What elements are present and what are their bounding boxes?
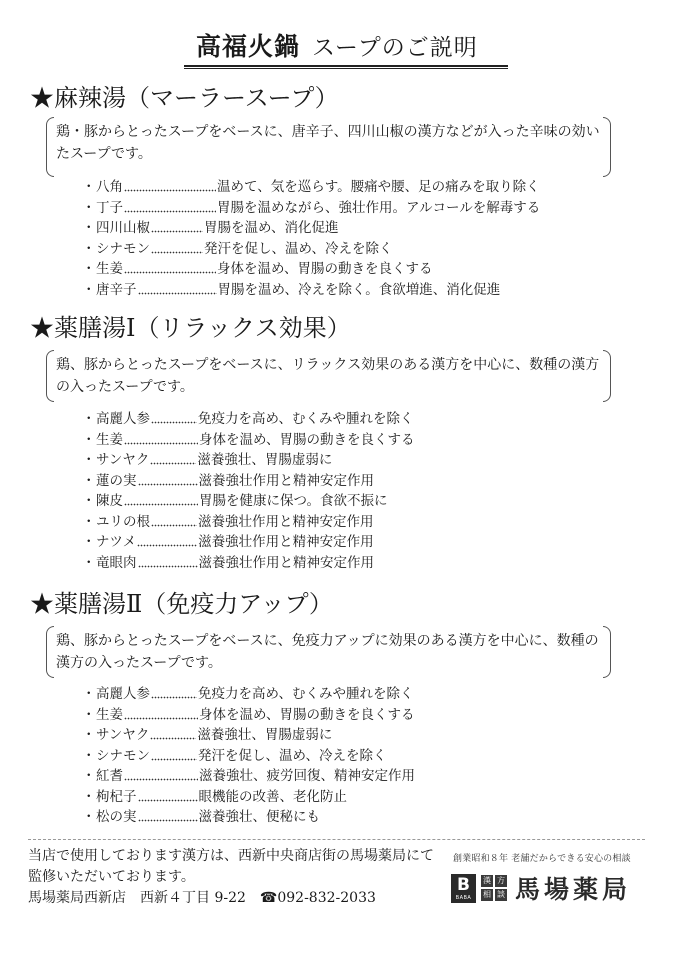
ingredient-effect: 滋養強壮、便秘にも [199,807,321,828]
list-item: ・紅耆滋養強壮、疲労回復、精神安定作用 [82,766,415,787]
ingredient-effect: 発汗を促し、温め、冷えを除く [198,746,386,767]
ingredient-name: サンヤク [96,450,149,471]
store-address: 西新４丁目 9-22 [140,890,246,906]
list-item: ・八角温めて、気を巡らす。腰痛や腰、足の痛みを取り除く [82,177,540,198]
dot-leader [151,746,197,767]
ingredient-effect: 免疫力を高め、むくみや腫れを除く [198,684,413,705]
ingredient-name: 紅耆 [96,766,123,787]
dot-leader [138,280,217,301]
ingredient-effect: 滋養強壮、疲労回復、精神安定作用 [199,766,415,787]
ingredient-effect: 身体を温め、胃腸の動きを良くする [199,430,414,451]
ingredient-effect: 免疫力を高め、むくみや腫れを除く [198,409,413,430]
kampo-soudan-badge: 漢 方 相 談 [481,875,507,901]
footer-divider [28,839,645,840]
ingredient-name: 唐辛子 [96,280,137,301]
ingredient-list-yakuzen-2: ・高麗人参免疫力を高め、むくみや腫れを除く ・生姜身体を温め、胃腸の動きを良くす… [82,684,415,828]
dot-leader [151,239,203,260]
dot-leader [150,725,196,746]
section-description-yakuzen-2: 鶏、豚からとったスープをベースに、免疫力アップに効果のある漢方を中心に、数種の漢… [46,626,611,678]
ingredient-effect: 眼機能の改善、老化防止 [199,787,348,808]
list-item: ・生姜身体を温め、胃腸の動きを良くする [82,705,415,726]
dot-leader [138,807,198,828]
dot-leader [124,705,198,726]
list-item: ・蓮の実滋養強壮作用と精神安定作用 [82,471,414,492]
dot-leader [137,532,197,553]
list-item: ・陳皮胃腸を健康に保つ。食欲不振に [82,491,414,512]
dot-leader [138,553,198,574]
title-subtitle: スープのご説明 [312,35,478,61]
ingredient-effect: 温めて、気を巡らす。腰痛や腰、足の痛みを取り除く [217,177,540,198]
bracket-right [603,117,611,177]
ingredient-effect: 身体を温め、胃腸の動きを良くする [199,705,414,726]
ingredient-effect: 滋養強壮、胃腸虚弱に [197,450,332,471]
list-item: ・松の実滋養強壮、便秘にも [82,807,415,828]
dot-leader [151,218,203,239]
dot-leader [151,512,197,533]
logo-tagline: 創業昭和８年 老舗だからできる安心の相談 [453,851,661,864]
section-description-mala: 鶏・豚からとったスープをベースに、唐辛子、四川山椒の漢方などが入った辛味の効いた… [46,117,611,177]
footer-note: 当店で使用しております漢方は、西新中央商店街の馬場薬局にて 監修いただいておりま… [28,846,434,909]
ingredient-name: 生姜 [96,259,123,280]
ingredient-name: 竜眼肉 [96,553,137,574]
section-heading-yakuzen-2: ★薬膳湯Ⅱ（免疫力アップ） [30,590,333,618]
list-item: ・枸杞子眼機能の改善、老化防止 [82,787,415,808]
ingredient-effect: 滋養強壮、胃腸虚弱に [197,725,332,746]
description-text: 鶏、豚からとったスープをベースに、リラックス効果のある漢方を中心に、数種の漢方の… [56,357,599,395]
dot-leader [151,684,197,705]
dot-leader [150,450,196,471]
ingredient-list-yakuzen-1: ・高麗人参免疫力を高め、むくみや腫れを除く ・生姜身体を温め、胃腸の動きを良くす… [82,409,414,573]
ingredient-name: 蓮の実 [96,471,137,492]
bracket-right [603,350,611,402]
page-title: 高福火鍋スープのご説明 [196,33,506,61]
bracket-left [46,626,54,678]
dot-leader [124,259,216,280]
ingredient-name: 八角 [96,177,123,198]
ingredient-effect: 滋養強壮作用と精神安定作用 [199,553,375,574]
list-item: ・四川山椒胃腸を温め、消化促進 [82,218,540,239]
section-heading-yakuzen-1: ★薬膳湯Ⅰ（リラックス効果） [30,314,351,342]
ingredient-name: 陳皮 [96,491,123,512]
dot-leader [138,471,198,492]
ingredient-name: シナモン [96,746,150,767]
bracket-right [603,626,611,678]
dot-leader [138,787,198,808]
dot-leader [124,177,216,198]
ingredient-name: サンヤク [96,725,149,746]
list-item: ・シナモン発汗を促し、温め、冷えを除く [82,239,540,260]
ingredient-name: 松の実 [96,807,137,828]
list-item: ・シナモン発汗を促し、温め、冷えを除く [82,746,415,767]
ingredient-effect: 滋養強壮作用と精神安定作用 [198,532,374,553]
list-item: ・ユリの根滋養強壮作用と精神安定作用 [82,512,414,533]
ingredient-name: シナモン [96,239,150,260]
description-text: 鶏、豚からとったスープをベースに、免疫力アップに効果のある漢方を中心に、数種の漢… [56,633,599,671]
bracket-left [46,117,54,177]
list-item: ・丁子胃腸を温めながら、強壮作用。アルコールを解毒する [82,198,540,219]
ingredient-effect: 滋養強壮作用と精神安定作用 [198,512,374,533]
section-heading-mala: ★麻辣湯（マーラースープ） [30,84,339,112]
ingredient-name: ユリの根 [96,512,150,533]
title-brand: 高福火鍋 [196,32,300,61]
list-item: ・竜眼肉滋養強壮作用と精神安定作用 [82,553,414,574]
dot-leader [124,430,198,451]
baba-mark-icon: B BABA [451,874,476,903]
list-item: ・ナツメ滋養強壮作用と精神安定作用 [82,532,414,553]
ingredient-name: ナツメ [96,532,136,553]
ingredient-effect: 滋養強壮作用と精神安定作用 [199,471,375,492]
section-description-yakuzen-1: 鶏、豚からとったスープをベースに、リラックス効果のある漢方を中心に、数種の漢方の… [46,350,611,402]
list-item: ・生姜身体を温め、胃腸の動きを良くする [82,259,540,280]
dot-leader [124,491,198,512]
ingredient-effect: 胃腸を温め、冷えを除く。食欲増進、消化促進 [218,280,501,301]
ingredient-list-mala: ・八角温めて、気を巡らす。腰痛や腰、足の痛みを取り除く ・丁子胃腸を温めながら、… [82,177,540,300]
title-double-underline [184,65,508,69]
list-item: ・サンヤク滋養強壮、胃腸虚弱に [82,725,415,746]
ingredient-effect: 胃腸を温め、消化促進 [204,218,338,239]
list-item: ・唐辛子胃腸を温め、冷えを除く。食欲増進、消化促進 [82,280,540,301]
list-item: ・高麗人参免疫力を高め、むくみや腫れを除く [82,684,415,705]
dot-leader [124,766,198,787]
dot-leader [124,198,216,219]
ingredient-name: 高麗人参 [96,409,150,430]
pharmacy-logo: 創業昭和８年 老舗だからできる安心の相談 B BABA 漢 方 相 談 馬場薬局 [451,851,661,911]
ingredient-effect: 発汗を促し、温め、冷えを除く [204,239,392,260]
ingredient-effect: 身体を温め、胃腸の動きを良くする [217,259,432,280]
list-item: ・生姜身体を温め、胃腸の動きを良くする [82,430,414,451]
ingredient-effect: 胃腸を健康に保つ。食欲不振に [199,491,387,512]
dot-leader [151,409,197,430]
list-item: ・高麗人参免疫力を高め、むくみや腫れを除く [82,409,414,430]
ingredient-name: 生姜 [96,430,123,451]
ingredient-name: 高麗人参 [96,684,150,705]
description-text: 鶏・豚からとったスープをベースに、唐辛子、四川山椒の漢方などが入った辛味の効いた… [56,124,600,162]
ingredient-name: 四川山椒 [96,218,150,239]
footer-line-1: 当店で使用しております漢方は、西新中央商店街の馬場薬局にて [28,846,434,867]
ingredient-name: 丁子 [96,198,123,219]
ingredient-effect: 胃腸を温めながら、強壮作用。アルコールを解毒する [217,198,540,219]
list-item: ・サンヤク滋養強壮、胃腸虚弱に [82,450,414,471]
ingredient-name: 生姜 [96,705,123,726]
logo-pharmacy-name: 馬場薬局 [515,870,631,906]
footer-address: 馬場薬局西新店西新４丁目 9-22☎092-832-2033 [28,888,434,909]
ingredient-name: 枸杞子 [96,787,137,808]
store-name: 馬場薬局西新店 [28,890,126,906]
bracket-left [46,350,54,402]
store-phone: ☎092-832-2033 [260,890,376,906]
footer-line-2: 監修いただいております。 [28,867,434,888]
